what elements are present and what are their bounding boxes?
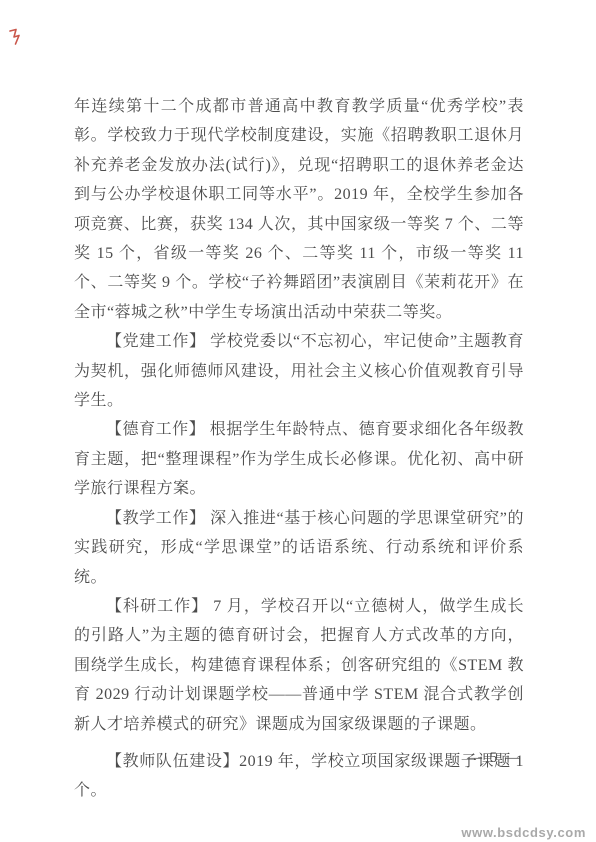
paragraph: 【教学工作】 深入推进“基于核心问题的学思课堂研究”的实践研究，形成“学思课堂”… bbox=[74, 504, 524, 592]
paragraph: 【教师队伍建设】2019 年，学校立项国家级课题子课题 1 个。 bbox=[74, 747, 524, 806]
red-stamp-mark-icon bbox=[8, 28, 22, 46]
body-text: 年连续第十二个成都市普通高中教育教学质量“优秀学校”表彰。学校致力于现代学校制度… bbox=[74, 92, 524, 806]
paragraph: 年连续第十二个成都市普通高中教育教学质量“优秀学校”表彰。学校致力于现代学校制度… bbox=[74, 92, 524, 327]
paragraph: 【党建工作】 学校党委以“不忘初心，牢记使命”主题教育为契机，强化师德师风建设，… bbox=[74, 327, 524, 415]
document-page: 年连续第十二个成都市普通高中教育教学质量“优秀学校”表彰。学校致力于现代学校制度… bbox=[0, 0, 596, 842]
page-number: — 5 — bbox=[467, 750, 522, 767]
paragraph: 【德育工作】 根据学生年龄特点、德育要求细化各年级教育主题，把“整理课程”作为学… bbox=[74, 415, 524, 503]
paragraph: 【科研工作】 7 月，学校召开以“立德树人，做学生成长的引路人”为主题的德育研讨… bbox=[74, 592, 524, 739]
watermark-url: www.bsdcdsy.com bbox=[461, 825, 586, 840]
